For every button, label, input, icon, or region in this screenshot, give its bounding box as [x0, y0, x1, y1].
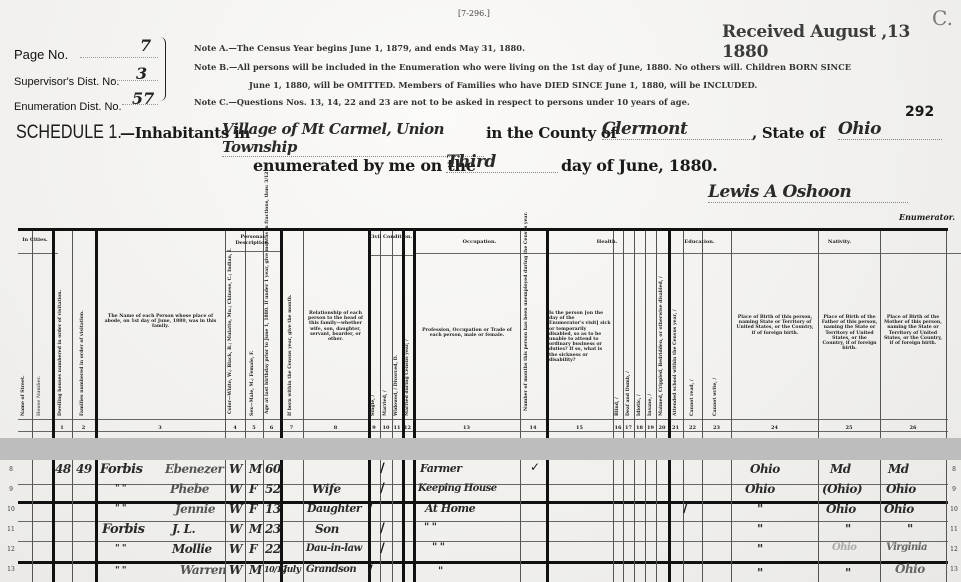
group-civil: Civil Condition. — [368, 234, 413, 240]
line-number: 10 — [4, 506, 18, 513]
rule — [18, 521, 948, 522]
relationship: Son — [315, 522, 339, 536]
col-number: 26 — [880, 425, 946, 431]
col-number: 2 — [72, 425, 95, 431]
father-birthplace: Ohio — [832, 542, 856, 553]
age: 22 — [265, 542, 281, 556]
col-number: 4 — [225, 425, 245, 431]
enumerator-signature: Lewis A Oshoon — [708, 182, 908, 203]
father-birthplace: (Ohio) — [822, 482, 862, 496]
col-number: 9 — [368, 425, 380, 431]
color: W — [229, 462, 242, 476]
enumerated-prefix: enumerated by me on the — [253, 156, 476, 175]
col-12: Married during Census year, / — [405, 301, 410, 416]
single-mark: / — [368, 563, 373, 578]
corner-mark: C. — [932, 6, 953, 30]
rule — [18, 541, 948, 542]
dwelling-number: 48 — [55, 462, 71, 476]
line-number: 10 — [947, 506, 961, 513]
enumeration-dist-value: 57 — [132, 89, 154, 108]
relationship: Daughter — [307, 502, 361, 515]
dotted-line — [122, 104, 158, 105]
col-24: Place of Birth of this person, naming St… — [734, 315, 816, 336]
col-21: Attended school within the Census year, … — [673, 281, 678, 416]
relationship: Wife — [312, 482, 341, 496]
col-19: Insane, / — [648, 381, 653, 416]
col-number: 19 — [645, 425, 656, 431]
occupation: Keeping House — [418, 483, 497, 494]
line-number: 12 — [4, 546, 18, 553]
col-number: 23 — [702, 425, 731, 431]
col-number: 22 — [683, 425, 702, 431]
relationship: Grandson — [306, 564, 356, 575]
col-number: 18 — [634, 425, 645, 431]
birth-month: July — [283, 565, 300, 575]
dotted-line — [112, 80, 158, 81]
sex: M — [249, 522, 262, 536]
group-personal: Personal Description. — [225, 234, 280, 246]
color: W — [229, 522, 242, 536]
col-number: 11 — [392, 425, 402, 431]
col-4: Color—White, W.; Black, B.; Mulatto, Mu.… — [228, 259, 240, 414]
line-number: 9 — [4, 486, 18, 493]
birthplace: " — [757, 566, 763, 580]
col-23: Cannot write, / — [713, 361, 718, 416]
col-1: Dwelling houses numbered in order of vis… — [58, 271, 63, 416]
schedule-title: SCHEDULE 1. — [16, 122, 122, 144]
line-number: 13 — [4, 566, 18, 573]
occupation: Farmer — [420, 462, 462, 475]
col-18: Idiotic, / — [637, 381, 642, 416]
rule — [245, 231, 246, 582]
col-number: 24 — [731, 425, 818, 431]
age: 60 — [265, 462, 281, 476]
rule — [668, 231, 671, 582]
page-no-field: Page No. 7 — [14, 44, 160, 63]
page-no-label: Page No. — [14, 47, 68, 62]
enumerator-label: Enumerator. — [899, 212, 955, 222]
rule — [32, 231, 33, 582]
color: W — [229, 563, 242, 577]
col-2: Families numbered in order of visitation… — [80, 291, 85, 416]
gray-band — [0, 438, 961, 460]
sex: F — [249, 502, 257, 516]
single-mark: / — [368, 501, 373, 516]
rule — [392, 231, 393, 582]
rule — [72, 231, 73, 582]
col-6: Age at last birthday prior to June 1, 18… — [265, 259, 277, 414]
note-a: Note A.—The Census Year begins June 1, 1… — [194, 43, 525, 53]
given-name: J. L. — [172, 522, 195, 536]
given-name: Warren — [180, 563, 226, 577]
given-name: Phebe — [170, 482, 209, 496]
col-number: 21 — [668, 425, 683, 431]
rule — [18, 419, 948, 420]
married-mark: / — [380, 521, 385, 536]
line-number: 11 — [4, 526, 18, 533]
line-number: 9 — [947, 486, 961, 493]
group-health: Health. — [546, 239, 668, 245]
rule — [263, 231, 264, 582]
rule — [818, 231, 819, 582]
birthplace: " — [757, 542, 763, 556]
page-sequence-number: 292 — [905, 104, 934, 120]
rule — [225, 251, 280, 252]
rule — [623, 231, 624, 582]
col-3: The Name of each Person whose place of a… — [103, 314, 218, 330]
line-number: 11 — [947, 526, 961, 533]
line-number: 8 — [947, 466, 961, 473]
family-divider — [18, 501, 948, 504]
col-number: 3 — [95, 425, 225, 431]
col-26: Place of Birth of the Mother of this per… — [883, 315, 943, 346]
note-c: Note C.—Questions Nos. 13, 14, 22 and 23… — [194, 97, 690, 107]
occupation-ditto: " " — [424, 522, 436, 533]
rule — [880, 231, 881, 582]
family-divider — [18, 561, 948, 564]
rule — [413, 231, 416, 582]
rule — [520, 231, 521, 582]
rule — [52, 231, 55, 582]
father-birthplace: Md — [830, 462, 851, 476]
surname-ditto: " " — [115, 566, 126, 576]
occupation-ditto: " " — [432, 542, 444, 553]
col-22: Cannot read, / — [690, 366, 695, 416]
col-number: 1 — [52, 425, 72, 431]
color: W — [229, 542, 242, 556]
group-education: Education. — [668, 239, 731, 245]
col-number: 8 — [303, 425, 368, 431]
given-name: Ebenezer — [165, 462, 223, 476]
col-number: 13 — [413, 425, 520, 431]
group-in-cities: In Cities. — [20, 237, 50, 243]
col-number: 15 — [546, 425, 613, 431]
rule — [702, 231, 703, 582]
col-16: Blind, / — [615, 381, 620, 416]
county-prefix: in the County of — [486, 124, 617, 142]
col-number: 12 — [402, 425, 413, 431]
given-name: Jennie — [175, 502, 215, 516]
place-name: Village of Mt Carmel, Union Township — [222, 120, 484, 157]
occupation: At Home — [425, 502, 475, 515]
rule — [546, 231, 549, 582]
birthplace: Ohio — [745, 482, 775, 496]
rule — [683, 231, 684, 582]
married-mark: / — [380, 481, 385, 496]
bracket — [158, 37, 166, 101]
col-15: Is the person [on the day of the Enumera… — [549, 311, 611, 363]
surname: Forbis — [102, 522, 144, 537]
census-table: In Cities. Personal Description. Civil C… — [18, 228, 948, 582]
birthplace: " — [757, 522, 763, 536]
form-code: [7-296.] — [458, 9, 490, 18]
col-number: 6 — [263, 425, 280, 431]
occupation-ditto: " — [438, 566, 443, 577]
color: W — [229, 502, 242, 516]
col-number: 7 — [280, 425, 303, 431]
col-8: Relationship of each person to the head … — [308, 311, 363, 342]
mother-birthplace: Virginia — [886, 542, 927, 553]
col-number: 5 — [245, 425, 263, 431]
rule — [634, 231, 635, 582]
mother-birthplace: Md — [888, 462, 909, 476]
rule — [656, 231, 657, 582]
sex: F — [249, 542, 257, 556]
mother-birthplace: Ohio — [884, 502, 914, 516]
birthplace: " — [757, 502, 763, 516]
col-house: House Number. — [37, 361, 42, 416]
surname-ditto: " " — [115, 544, 126, 554]
relationship: Dau-in-law — [306, 543, 362, 554]
color: W — [229, 482, 242, 496]
sex: M — [249, 462, 262, 476]
county-name: Clermont — [602, 119, 752, 140]
group-nativity: Nativity. — [731, 239, 948, 245]
line-number: 12 — [947, 546, 961, 553]
col-number: 16 — [613, 425, 623, 431]
sex: M — [249, 563, 262, 577]
col-17: Deaf and Dumb, / — [626, 351, 631, 416]
census-page: [7-296.] Received August ,13 1880 C. Pag… — [0, 0, 961, 582]
age: 23 — [265, 522, 281, 536]
surname-ditto: " " — [115, 504, 126, 514]
col-number: 10 — [380, 425, 392, 431]
supervisor-dist-label: Supervisor's Dist. No. — [14, 76, 119, 88]
line-number: 8 — [4, 466, 18, 473]
enumeration-dist-label: Enumeration Dist. No. — [14, 101, 122, 113]
mother-birthplace: Ohio — [886, 482, 916, 496]
col-7: If born within the Census year, give the… — [288, 271, 293, 416]
married-mark: / — [380, 541, 385, 556]
rule — [303, 231, 304, 582]
sex: F — [249, 482, 257, 496]
state-name: Ohio — [838, 119, 942, 140]
father-birthplace: " — [845, 522, 851, 536]
rule — [645, 231, 646, 582]
col-10: Married, / — [383, 371, 388, 416]
school-mark: / — [683, 501, 688, 516]
col-13: Profession, Occupation or Trade of each … — [418, 328, 516, 338]
rule — [613, 231, 614, 582]
mother-birthplace: " — [907, 522, 913, 536]
dotted-line — [80, 57, 158, 58]
age: 52 — [265, 482, 281, 496]
rule — [413, 253, 961, 254]
birthplace: Ohio — [750, 462, 780, 476]
note-b-line1: Note B.—All persons will be included in … — [194, 62, 851, 72]
col-number: 14 — [520, 425, 546, 431]
father-birthplace: " — [845, 566, 851, 580]
col-street: Name of Street. — [21, 361, 26, 416]
enumeration-day: Third — [446, 152, 558, 173]
col-25: Place of Birth of the Father of this per… — [821, 315, 878, 351]
family-number: 49 — [76, 462, 92, 476]
page-no-value: 7 — [140, 36, 151, 55]
col-14: Number of months this person has been un… — [524, 251, 538, 411]
rule — [18, 431, 948, 432]
age: 13 — [265, 502, 281, 516]
rule — [95, 231, 98, 582]
note-b-line2: June 1, 1880, will be OMITTED. Members o… — [249, 80, 757, 90]
col-9: Single, / — [371, 376, 376, 416]
rule — [731, 231, 732, 582]
col-number: 25 — [818, 425, 880, 431]
received-stamp: Received August ,13 1880 — [722, 22, 961, 62]
col-20: Maimed, Crippled, Bedridden, or otherwis… — [659, 256, 664, 416]
surname: Forbis — [100, 462, 142, 477]
mother-birthplace: Ohio — [895, 562, 925, 576]
col-5: Sex—Male, M.; Female, F. — [250, 331, 255, 416]
father-birthplace: Ohio — [826, 502, 856, 516]
check-mark: ✓ — [530, 460, 540, 474]
line-number: 13 — [947, 566, 961, 573]
col-11: Widowed, / Divorced, D. — [394, 331, 399, 416]
married-mark: / — [380, 461, 385, 476]
col-number: 20 — [656, 425, 668, 431]
day-suffix: day of June, 1880. — [561, 156, 717, 175]
surname-ditto: " " — [115, 484, 126, 494]
given-name: Mollie — [172, 542, 212, 556]
state-prefix: , State of — [752, 124, 825, 142]
rule — [225, 231, 226, 582]
col-number: 17 — [623, 425, 634, 431]
